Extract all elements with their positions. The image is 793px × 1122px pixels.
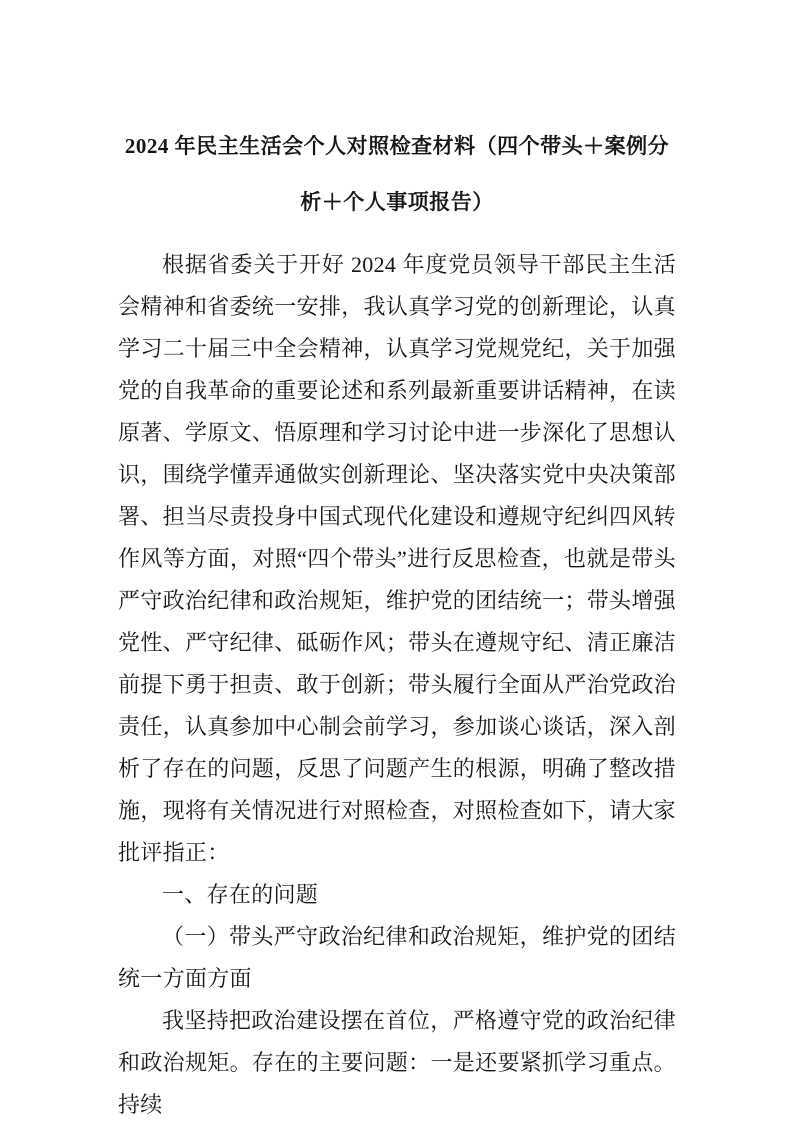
subsection-heading-first-daitou: （一）带头严守政治纪律和政治规矩，维护党的团结统一方面方面: [118, 916, 676, 1000]
document-title: 2024 年民主生活会个人对照检查材料（四个带头＋案例分析＋个人事项报告）: [118, 118, 676, 230]
document-page: 2024 年民主生活会个人对照检查材料（四个带头＋案例分析＋个人事项报告） 根据…: [0, 0, 793, 1122]
section-heading-problems: 一、存在的问题: [118, 874, 676, 916]
intro-paragraph: 根据省委关于开好 2024 年度党员领导干部民主生活会精神和省委统一安排，我认真…: [118, 244, 676, 874]
body-paragraph: 我坚持把政治建设摆在首位，严格遵守党的政治纪律和政治规矩。存在的主要问题：一是还…: [118, 1000, 676, 1122]
